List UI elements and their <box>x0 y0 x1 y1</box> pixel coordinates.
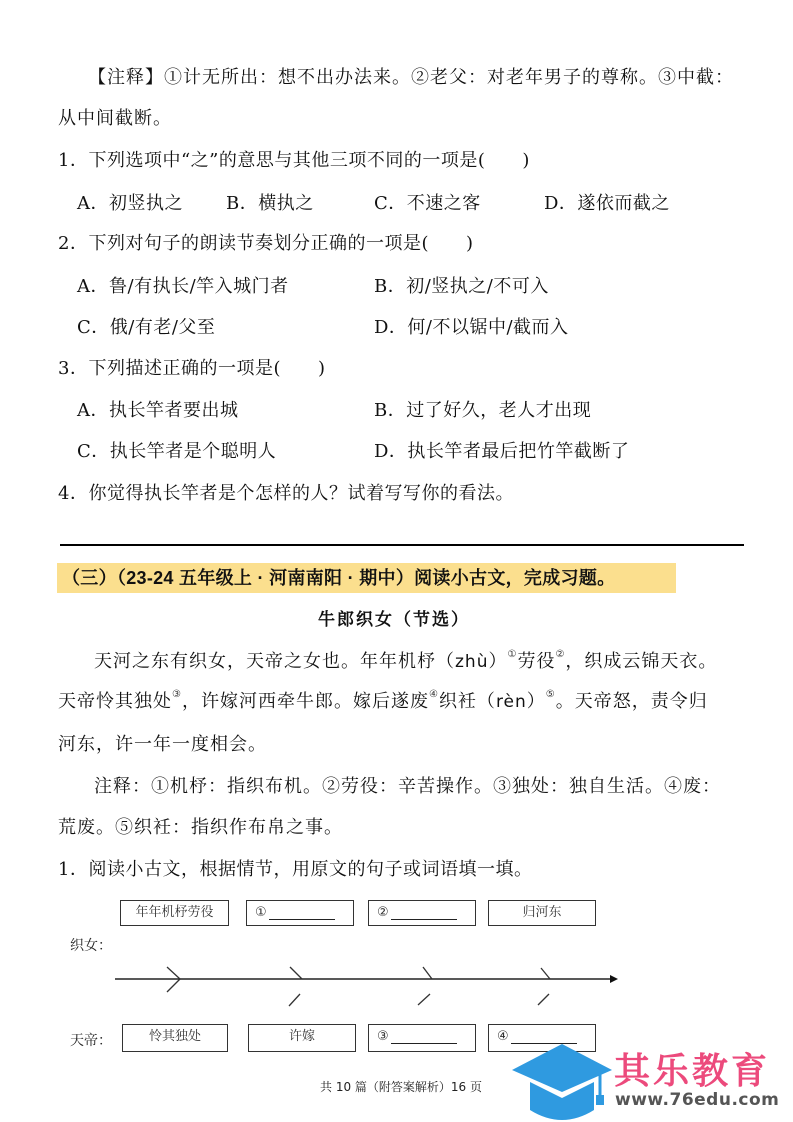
annotation-line-1: 【注释】①计无所出：想不出办法来。②老父：对老年男子的尊称。③中截： <box>88 66 734 90</box>
blank-number: ① <box>255 901 267 925</box>
answer-line[interactable] <box>391 1029 457 1044</box>
question-4-stem: 4．你觉得执长竿者是个怎样的人？试着写写你的看法。 <box>58 482 514 506</box>
passage-text: ，织成云锦天衣。 <box>565 651 717 672</box>
section-heading: （三）（23-24 五年级上 · 河南南阳 · 期中）阅读小古文，完成习题。 <box>62 563 615 593</box>
question-2-stem: 2．下列对句子的朗读节奏划分正确的一项是( ) <box>58 232 474 256</box>
footnote-marker-4: ④ <box>429 689 439 700</box>
box-text: 归河东 <box>489 901 595 925</box>
passage-text: 织衽（ <box>439 691 496 712</box>
pinyin-ren: rèn <box>496 692 527 712</box>
box-text: 怜其独处 <box>123 1025 227 1049</box>
brand-url: www.76edu.com <box>615 1090 779 1110</box>
footnote-marker-5: ⑤ <box>546 689 556 700</box>
emperor-blank-3[interactable]: ③ <box>368 1024 476 1052</box>
q3-option-c: C．执长竿者是个聪明人 <box>77 440 276 464</box>
answer-line[interactable] <box>269 905 335 920</box>
footnote-marker-2: ② <box>555 649 565 660</box>
q1-option-d: D．遂依而截之 <box>544 192 670 216</box>
emperor-box-2: 许嫁 <box>248 1024 356 1052</box>
weaver-blank-1[interactable]: ① <box>246 900 354 926</box>
footnote-marker-3: ③ <box>172 689 182 700</box>
box-text: 年年机杼劳役 <box>121 901 228 925</box>
weaver-box-1: 年年机杼劳役 <box>120 900 229 926</box>
question-1-stem: 1．下列选项中“之”的意思与其他三项不同的一项是( ) <box>58 149 530 173</box>
notes-line-1: 注释：①机杼：指织布机。②劳役：辛苦操作。③独处：独自生活。④废： <box>94 775 721 799</box>
section-divider <box>60 544 744 546</box>
blank-number: ② <box>377 901 389 925</box>
blank-number: ④ <box>497 1025 509 1049</box>
passage-line-1: 天河之东有织女，天帝之女也。年年机杼（zhù）①劳役②，织成云锦天衣。 <box>94 650 717 674</box>
part3-question-1: 1．阅读小古文，根据情节，用原文的句子或词语填一填。 <box>58 858 532 882</box>
timeline-arrow <box>110 960 620 1010</box>
notes-line-2: 荒废。⑤织衽：指织作布帛之事。 <box>58 816 343 840</box>
passage-text: 天帝怜其独处 <box>58 691 172 712</box>
passage-line-2: 天帝怜其独处③，许嫁河西牵牛郎。嫁后遂废④织衽（rèn）⑤。天帝怒，责令归 <box>58 690 708 714</box>
passage-text: 天河之东有织女，天帝之女也。年年机杼（ <box>94 651 455 672</box>
passage-text: ） <box>488 651 507 672</box>
q2-option-b: B．初/竖执之/不可入 <box>374 275 549 299</box>
q2-option-c: C．俄/有老/父至 <box>77 316 215 340</box>
emperor-box-1: 怜其独处 <box>122 1024 228 1052</box>
emperor-row-label: 天帝： <box>70 1030 112 1050</box>
q3-option-a: A．执长竿者要出城 <box>77 399 239 423</box>
passage-title: 牛郎织女（节选） <box>318 605 470 630</box>
blank-number: ③ <box>377 1025 389 1049</box>
q1-option-b: B．横执之 <box>226 192 314 216</box>
passage-text: 。天帝怒，责令归 <box>556 691 708 712</box>
pinyin-zhu: zhù <box>455 652 488 672</box>
annotation-line-2: 从中间截断。 <box>58 107 172 131</box>
passage-line-3: 河东，许一年一度相会。 <box>58 733 267 757</box>
page-footer: 共 10 篇（附答案解析）16 页 <box>320 1078 482 1095</box>
weaver-box-4: 归河东 <box>488 900 596 926</box>
box-text: 许嫁 <box>249 1025 355 1049</box>
brand-name: 其乐教育 <box>614 1043 770 1094</box>
weaver-row-label: 织女： <box>70 935 112 955</box>
footnote-marker-1: ① <box>507 649 517 660</box>
q3-option-d: D．执长竿者最后把竹竿截断了 <box>374 440 629 464</box>
weaver-blank-2[interactable]: ② <box>368 900 476 926</box>
q3-option-b: B．过了好久，老人才出现 <box>374 399 591 423</box>
passage-text: 劳役 <box>517 651 555 672</box>
q2-option-a: A．鲁/有执长/竿入城门者 <box>77 275 289 299</box>
answer-line[interactable] <box>391 905 457 920</box>
passage-text: ） <box>527 691 546 712</box>
q1-option-c: C．不速之客 <box>374 192 481 216</box>
passage-text: ，许嫁河西牵牛郎。嫁后遂废 <box>182 691 429 712</box>
question-3-stem: 3．下列描述正确的一项是( ) <box>58 357 326 381</box>
graduation-cap-icon <box>508 1040 616 1122</box>
q1-option-a: A．初竖执之 <box>77 192 183 216</box>
q2-option-d: D．何/不以锯中/截而入 <box>374 316 569 340</box>
